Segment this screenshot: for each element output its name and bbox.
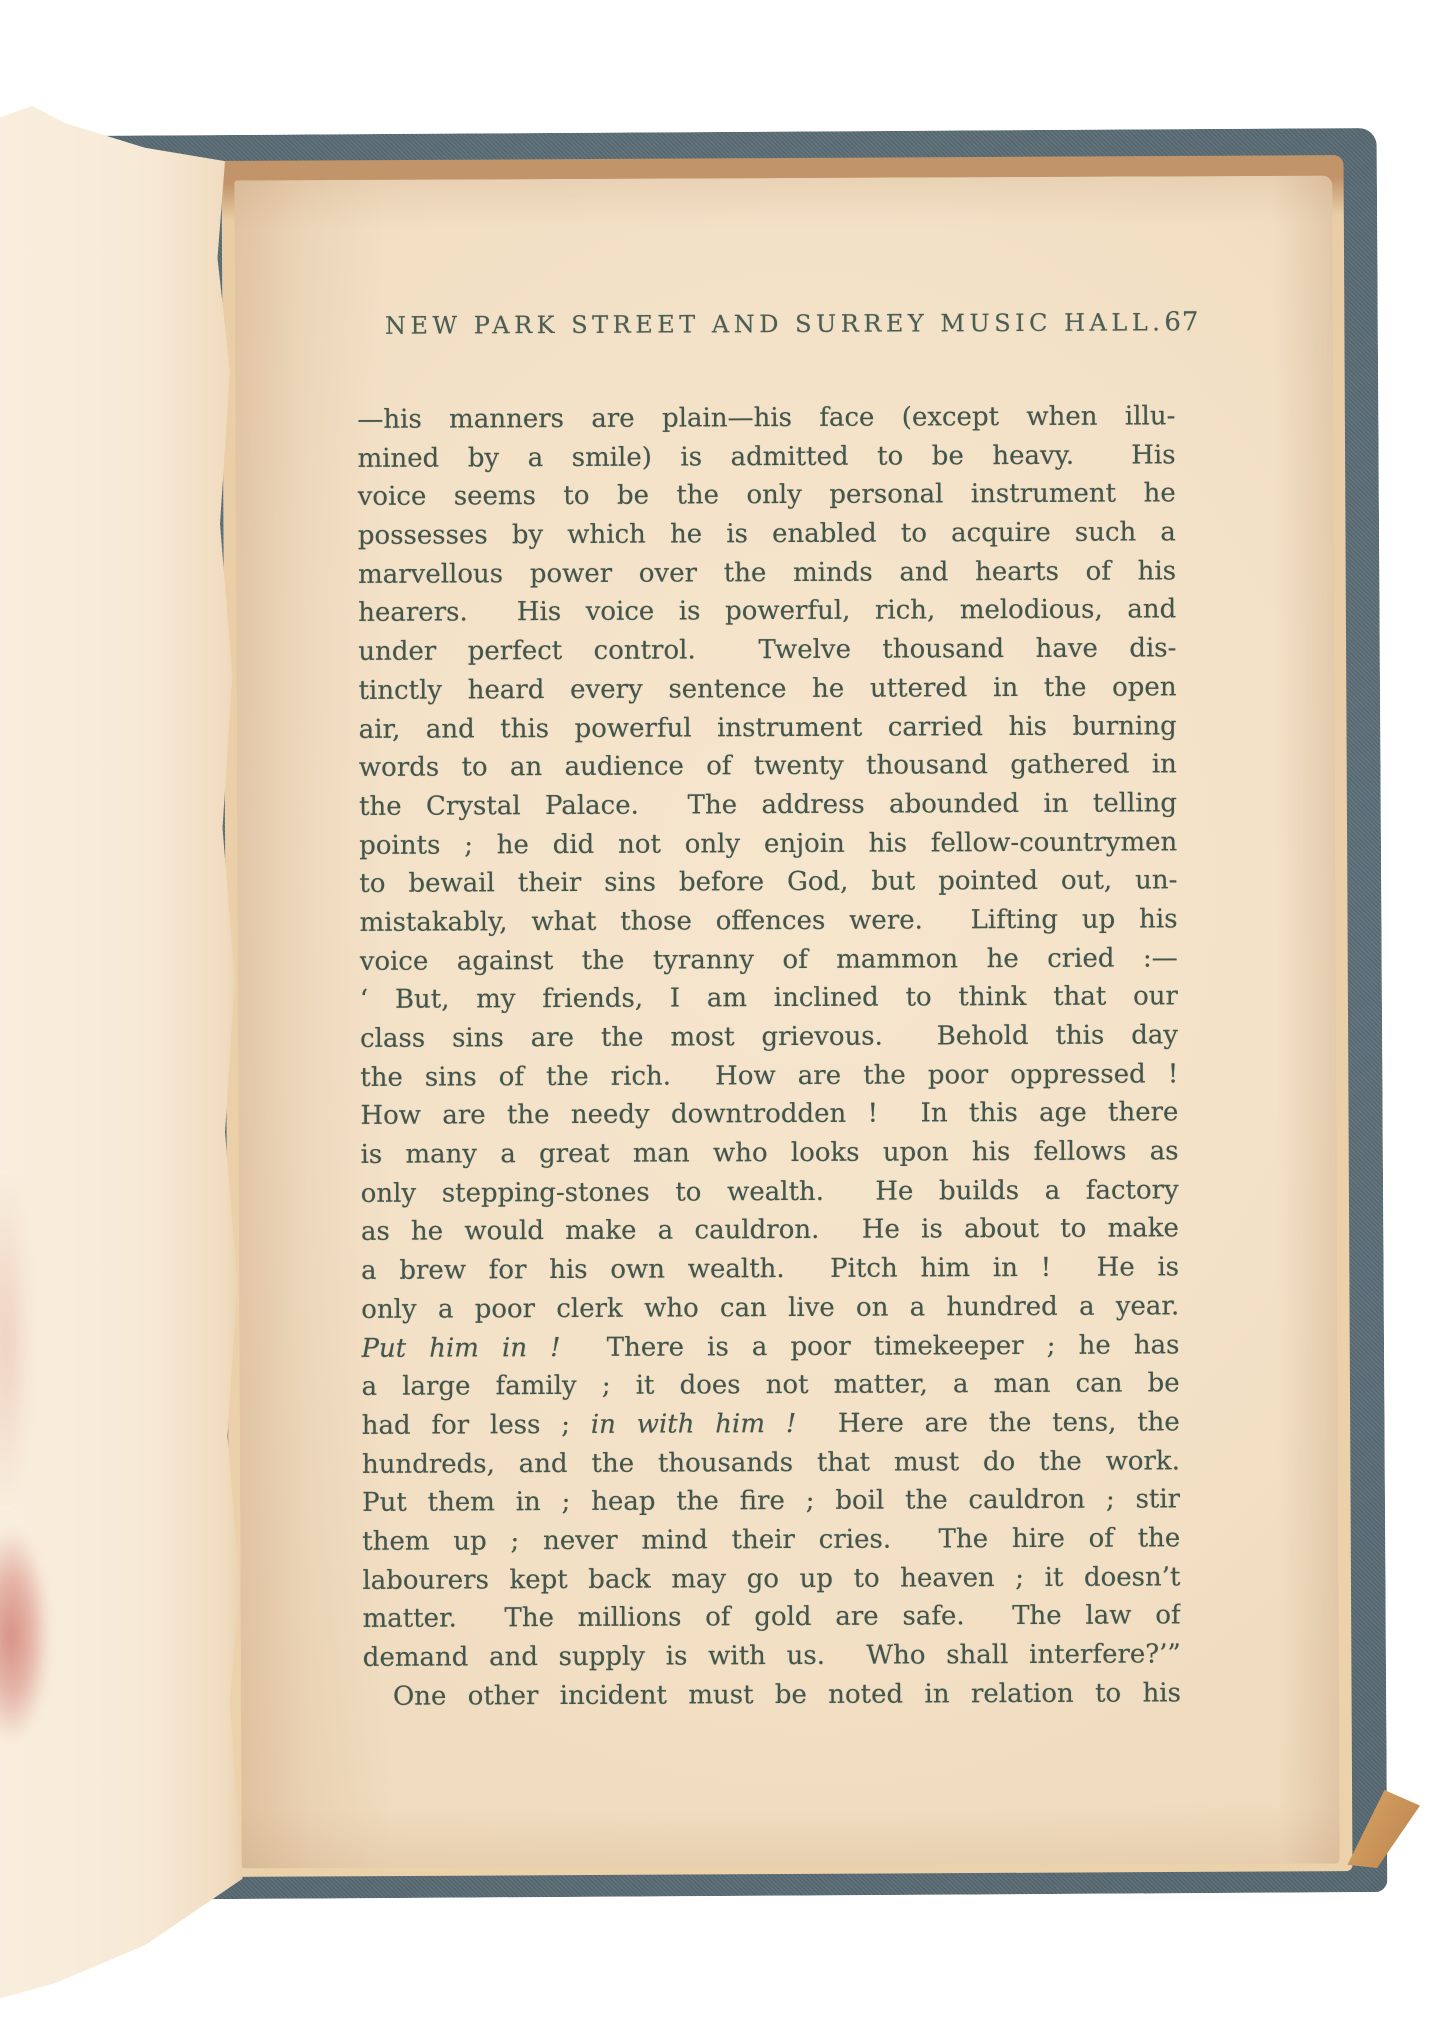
page-number: 67: [1164, 307, 1199, 337]
text-line: mined by a smile) is admitted to be heav…: [357, 436, 1175, 478]
text-line: air, and this powerful instrument carrie…: [359, 707, 1177, 749]
text-line: How are the needy downtrodden ! In this …: [360, 1094, 1178, 1136]
text-line: the sins of the rich. How are the poor o…: [360, 1055, 1178, 1097]
text-line: mistakably, what those offences were. Li…: [359, 900, 1177, 942]
text-line: Put them in ; heap the fire ; boil the c…: [362, 1481, 1180, 1523]
text-line: matter. The millions of gold are safe. T…: [363, 1597, 1181, 1639]
text-line: the Crystal Palace. The address abounded…: [359, 784, 1177, 826]
text-line: demand and supply is with us. Who shall …: [363, 1635, 1181, 1677]
text-line: under perfect control. Twelve thousand h…: [358, 629, 1176, 671]
text-line: hearers. His voice is powerful, rich, me…: [358, 591, 1176, 633]
text-line: only a poor clerk who can live on a hund…: [361, 1287, 1179, 1329]
book-photo: NEW PARK STREET AND SURREY MUSIC HALL. 6…: [0, 0, 1445, 2023]
book-page: NEW PARK STREET AND SURREY MUSIC HALL. 6…: [234, 176, 1339, 1869]
text-line: marvellous power over the minds and hear…: [358, 552, 1176, 594]
body-text: —his manners are plain—his face (except …: [357, 397, 1181, 1716]
text-line: to bewail their sins before God, but poi…: [359, 862, 1177, 904]
header-title: NEW PARK STREET AND SURREY MUSIC HALL.: [385, 308, 1165, 339]
text-line: hundreds, and the thousands that must do…: [362, 1442, 1180, 1484]
text-line: Put him in ! There is a poor timekeeper …: [361, 1326, 1179, 1368]
text-line: a large family ; it does not matter, a m…: [362, 1364, 1180, 1406]
text-line: is many a great man who looks upon his f…: [360, 1132, 1178, 1174]
pink-smudge-faint: [0, 1170, 30, 1510]
text-line: —his manners are plain—his face (except …: [357, 397, 1175, 439]
text-line: class sins are the most grievous. Behold…: [360, 1016, 1178, 1058]
text-line: voice seems to be the only personal inst…: [358, 475, 1176, 517]
text-line: One other incident must be noted in rela…: [363, 1674, 1181, 1716]
text-line: labourers kept back may go up to heaven …: [362, 1558, 1180, 1600]
text-line: ‘ But, my friends, I am inclined to thin…: [360, 978, 1178, 1020]
text-line: tinctly heard every sentence he uttered …: [358, 668, 1176, 710]
text-line: a brew for his own wealth. Pitch him in …: [361, 1248, 1179, 1290]
text-line: only stepping-stones to wealth. He build…: [361, 1171, 1179, 1213]
running-header: NEW PARK STREET AND SURREY MUSIC HALL. 6…: [357, 307, 1175, 341]
text-line: them up ; never mind their cries. The hi…: [362, 1519, 1180, 1561]
text-line: had for less ; in with him ! Here are th…: [362, 1403, 1180, 1445]
text-line: points ; he did not only enjoin his fell…: [359, 823, 1177, 865]
text-line: words to an audience of twenty thousand …: [359, 745, 1177, 787]
pink-smudge: [0, 1528, 50, 1743]
text-line: as he would make a cauldron. He is about…: [361, 1210, 1179, 1252]
text-line: voice against the tyranny of mammon he c…: [360, 939, 1178, 981]
text-line: possesses by which he is enabled to acqu…: [358, 513, 1176, 555]
